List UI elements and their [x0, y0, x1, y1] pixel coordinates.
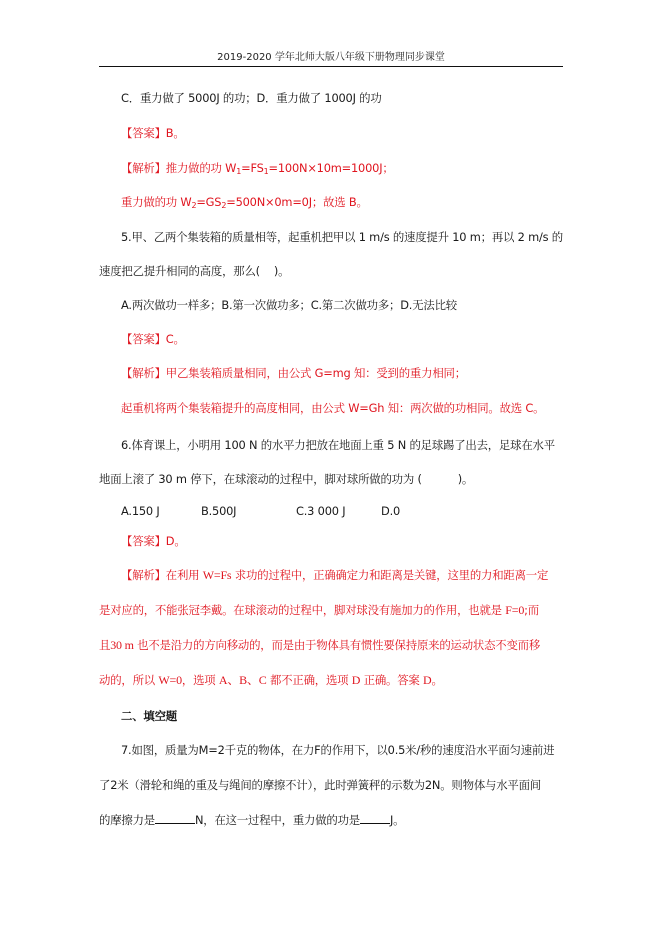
q5-stem-line1: 5.甲、乙两个集装箱的质量相等，起重机把甲以 1 m/s 的速度提升 10 m；…: [121, 229, 591, 245]
q5-analysis-line2: 起重机将两个集装箱提升的高度相同，由公式 W=Gh 知：两次做的功相同。故选 C…: [121, 400, 591, 416]
q5-options: A.两次做功一样多；B.第一次做功多；C.第二次做功多；D.无法比较: [121, 297, 591, 313]
q4-answer: 【答案】B。: [121, 125, 591, 141]
fill-blank-friction[interactable]: [155, 811, 195, 824]
analysis-label: 【解析】: [121, 161, 166, 175]
section-title-fill-in: 二、填空题: [121, 708, 591, 724]
q5-answer: 【答案】C。: [121, 331, 591, 347]
page-header: 2019-2020 学年北师大版八年级下册物理同步课堂: [99, 48, 563, 63]
q7-stem-line3: 的摩擦力是N，在这一过程中，重力做的功是J。: [99, 811, 569, 828]
q6-option-d: D.0: [381, 503, 400, 519]
q6-options: A.150 JB.500JC.3 000 JD.0: [121, 503, 591, 519]
q6-analysis-line3: 且30 m 也不是沿力的方向移动的，而是由于物体具有惯性要保持原来的运动状态不变…: [99, 637, 569, 653]
q5-analysis-line1: 【解析】甲乙集装箱质量相同，由公式 G=mg 知：受到的重力相同；: [121, 365, 591, 381]
q4-options-cd: C．重力做了 5000J 的功；D．重力做了 1000J 的功: [121, 90, 591, 106]
q6-answer: 【答案】D。: [121, 533, 591, 549]
q6-option-b: B.500J: [201, 503, 296, 519]
q6-option-a: A.150 J: [121, 503, 201, 519]
header-divider: [99, 66, 563, 67]
q7-stem-line2: 了2米（滑轮和绳的重及与绳间的摩擦不计），此时弹簧秤的示数为2N。则物体与水平面…: [99, 777, 569, 793]
q5-stem-line2: 速度把乙提升相同的高度，那么()。: [99, 263, 569, 279]
q6-option-c: C.3 000 J: [296, 503, 381, 519]
q6-stem-line1: 6.体育课上，小明用 100 N 的水平力把放在地面上重 5 N 的足球踢了出去…: [121, 437, 591, 453]
q7-stem-line1: 7.如图，质量为M=2千克的物体，在力F的作用下，以0.5米/秒的速度沿水平面匀…: [121, 742, 591, 758]
q6-analysis-line1: 【解析】在利用 W=Fs 求功的过程中，正确确定力和距离是关键，这里的力和距离一…: [121, 567, 591, 583]
q6-stem-line2: 地面上滚了 30 m 停下，在球滚动的过程中，脚对球所做的功为 ()。: [99, 471, 569, 487]
q4-analysis-line2: 重力做的功 W2=GS2=500N×0m=0J；故选 B。: [121, 194, 591, 210]
q6-analysis-line4: 动的，所以 W=0，选项 A、B、C 都不正确，选项 D 正确。答案 D。: [99, 672, 569, 688]
q4-analysis-line1: 【解析】推力做的功 W1=FS1=100N×10m=1000J；: [121, 160, 591, 176]
fill-blank-gravity-work[interactable]: [360, 811, 390, 824]
q6-analysis-line2: 是对应的，不能张冠李戴。在球滚动的过程中，脚对球没有施加力的作用，也就是 F=0…: [99, 602, 569, 618]
